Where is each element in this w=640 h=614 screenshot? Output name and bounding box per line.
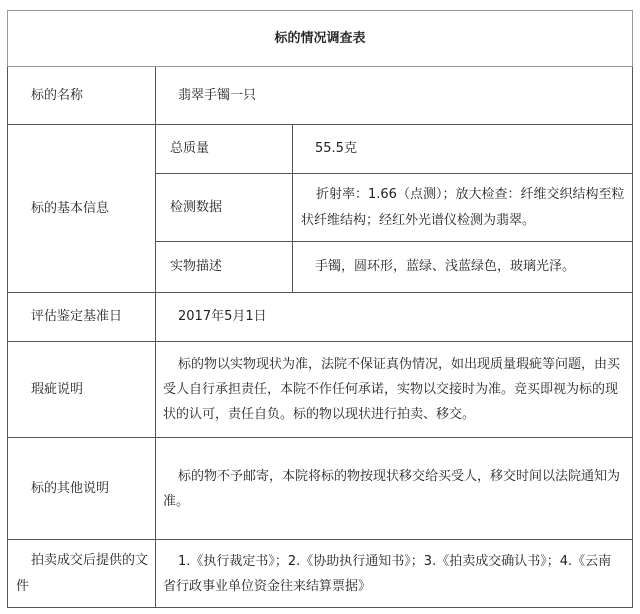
- row-value-valuation-date: 2017年5月1日: [156, 293, 633, 342]
- sub-value-description: 手镯，圆环形，蓝绿、浅蓝绿色，玻璃光泽。: [293, 242, 633, 293]
- row-label-documents: 拍卖成交后提供的文件: [8, 540, 156, 608]
- table-row: 瑕疵说明 标的物以实物现状为准，法院不保证真伪情况，如出现质量瑕疵等问题，由买受…: [8, 342, 633, 438]
- table-row: 评估鉴定基准日 2017年5月1日: [8, 293, 633, 342]
- sub-value-test-data: 折射率：1.66（点测）；放大检查：纤维交织结构至粒状纤维结构；经红外光谱仪检测…: [293, 174, 633, 242]
- table-row: 标的其他说明 标的物不予邮寄，本院将标的物按现状移交给买受人，移交时间以法院通知…: [8, 438, 633, 540]
- row-label-other: 标的其他说明: [8, 438, 156, 540]
- sub-label-test-data: 检测数据: [156, 174, 293, 242]
- table-row: 标的名称 翡翠手镯一只: [8, 67, 633, 125]
- survey-table: 标的情况调查表 标的名称 翡翠手镯一只 标的基本信息 总质量 55.5克 检测数…: [7, 10, 633, 608]
- row-value-defects: 标的物以实物现状为准，法院不保证真伪情况，如出现质量瑕疵等问题，由买受人自行承担…: [156, 342, 633, 438]
- sub-value-weight: 55.5克: [293, 125, 633, 174]
- row-value-other: 标的物不予邮寄，本院将标的物按现状移交给买受人，移交时间以法院通知为准。: [156, 438, 633, 540]
- table-title: 标的情况调查表: [8, 11, 633, 67]
- row-label-defects: 瑕疵说明: [8, 342, 156, 438]
- table-row: 拍卖成交后提供的文件 1.《执行裁定书》；2.《协助执行通知书》；3.《拍卖成交…: [8, 540, 633, 608]
- row-label-basic-info: 标的基本信息: [8, 125, 156, 293]
- row-label-name: 标的名称: [8, 67, 156, 125]
- row-value-documents: 1.《执行裁定书》；2.《协助执行通知书》；3.《拍卖成交确认书》；4.《云南省…: [156, 540, 633, 608]
- sub-label-description: 实物描述: [156, 242, 293, 293]
- row-value-name: 翡翠手镯一只: [156, 67, 633, 125]
- sub-label-weight: 总质量: [156, 125, 293, 174]
- table-row: 标的基本信息 总质量 55.5克: [8, 125, 633, 174]
- title-row: 标的情况调查表: [8, 11, 633, 67]
- row-label-valuation-date: 评估鉴定基准日: [8, 293, 156, 342]
